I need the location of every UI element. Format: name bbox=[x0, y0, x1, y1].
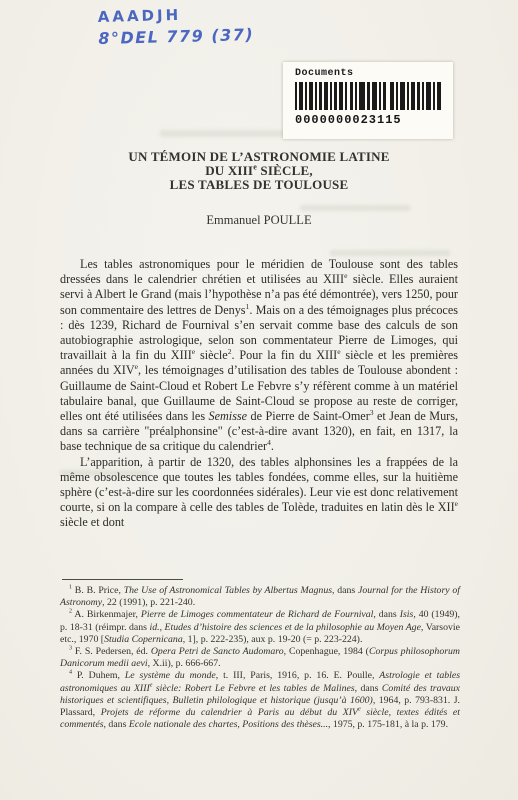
title-line-2: DU XIIIe SIÈCLE, bbox=[60, 164, 458, 178]
footnote-3: 3 F. S. Pedersen, éd. Opera Petri de San… bbox=[60, 646, 460, 670]
handwritten-code: AAADJH bbox=[98, 4, 254, 26]
scanned-page: AAADJH 8°DEL 779 (37) Documents bbox=[0, 0, 518, 800]
author-name: Emmanuel POULLE bbox=[60, 213, 458, 228]
footnote-4: 4 P. Duhem, Le système du monde, t. III,… bbox=[60, 670, 460, 731]
article-title: UN TÉMOIN DE L’ASTRONOMIE LATINE DU XIII… bbox=[60, 150, 458, 192]
title-line-1: UN TÉMOIN DE L’ASTRONOMIE LATINE bbox=[60, 150, 458, 164]
body-paragraph-2: L’apparition, à partir de 1320, des tabl… bbox=[60, 455, 458, 531]
handwritten-callnumber: 8°DEL 779 (37) bbox=[98, 25, 254, 48]
title-line-3: LES TABLES DE TOULOUSE bbox=[60, 178, 458, 192]
handwritten-shelfmark: AAADJH 8°DEL 779 (37) bbox=[98, 4, 255, 48]
barcode-number: 0000000023115 bbox=[295, 113, 402, 127]
footnotes: 1 B. B. Price, The Use of Astronomical T… bbox=[60, 585, 460, 731]
footnote-2: 2 A. Birkenmajer, Pierre de Limoges comm… bbox=[60, 609, 460, 646]
barcode-label: Documents bbox=[283, 62, 453, 139]
bleed-through-smudge bbox=[330, 250, 450, 256]
bleed-through-smudge bbox=[300, 205, 410, 211]
barcode-label-title: Documents bbox=[295, 68, 354, 79]
footnote-1: 1 B. B. Price, The Use of Astronomical T… bbox=[60, 585, 460, 609]
barcode-image bbox=[295, 82, 441, 110]
footnote-rule bbox=[62, 579, 183, 580]
article-body: Les tables astronomiques pour le méridie… bbox=[60, 257, 458, 531]
body-paragraph-1: Les tables astronomiques pour le méridie… bbox=[60, 257, 458, 455]
